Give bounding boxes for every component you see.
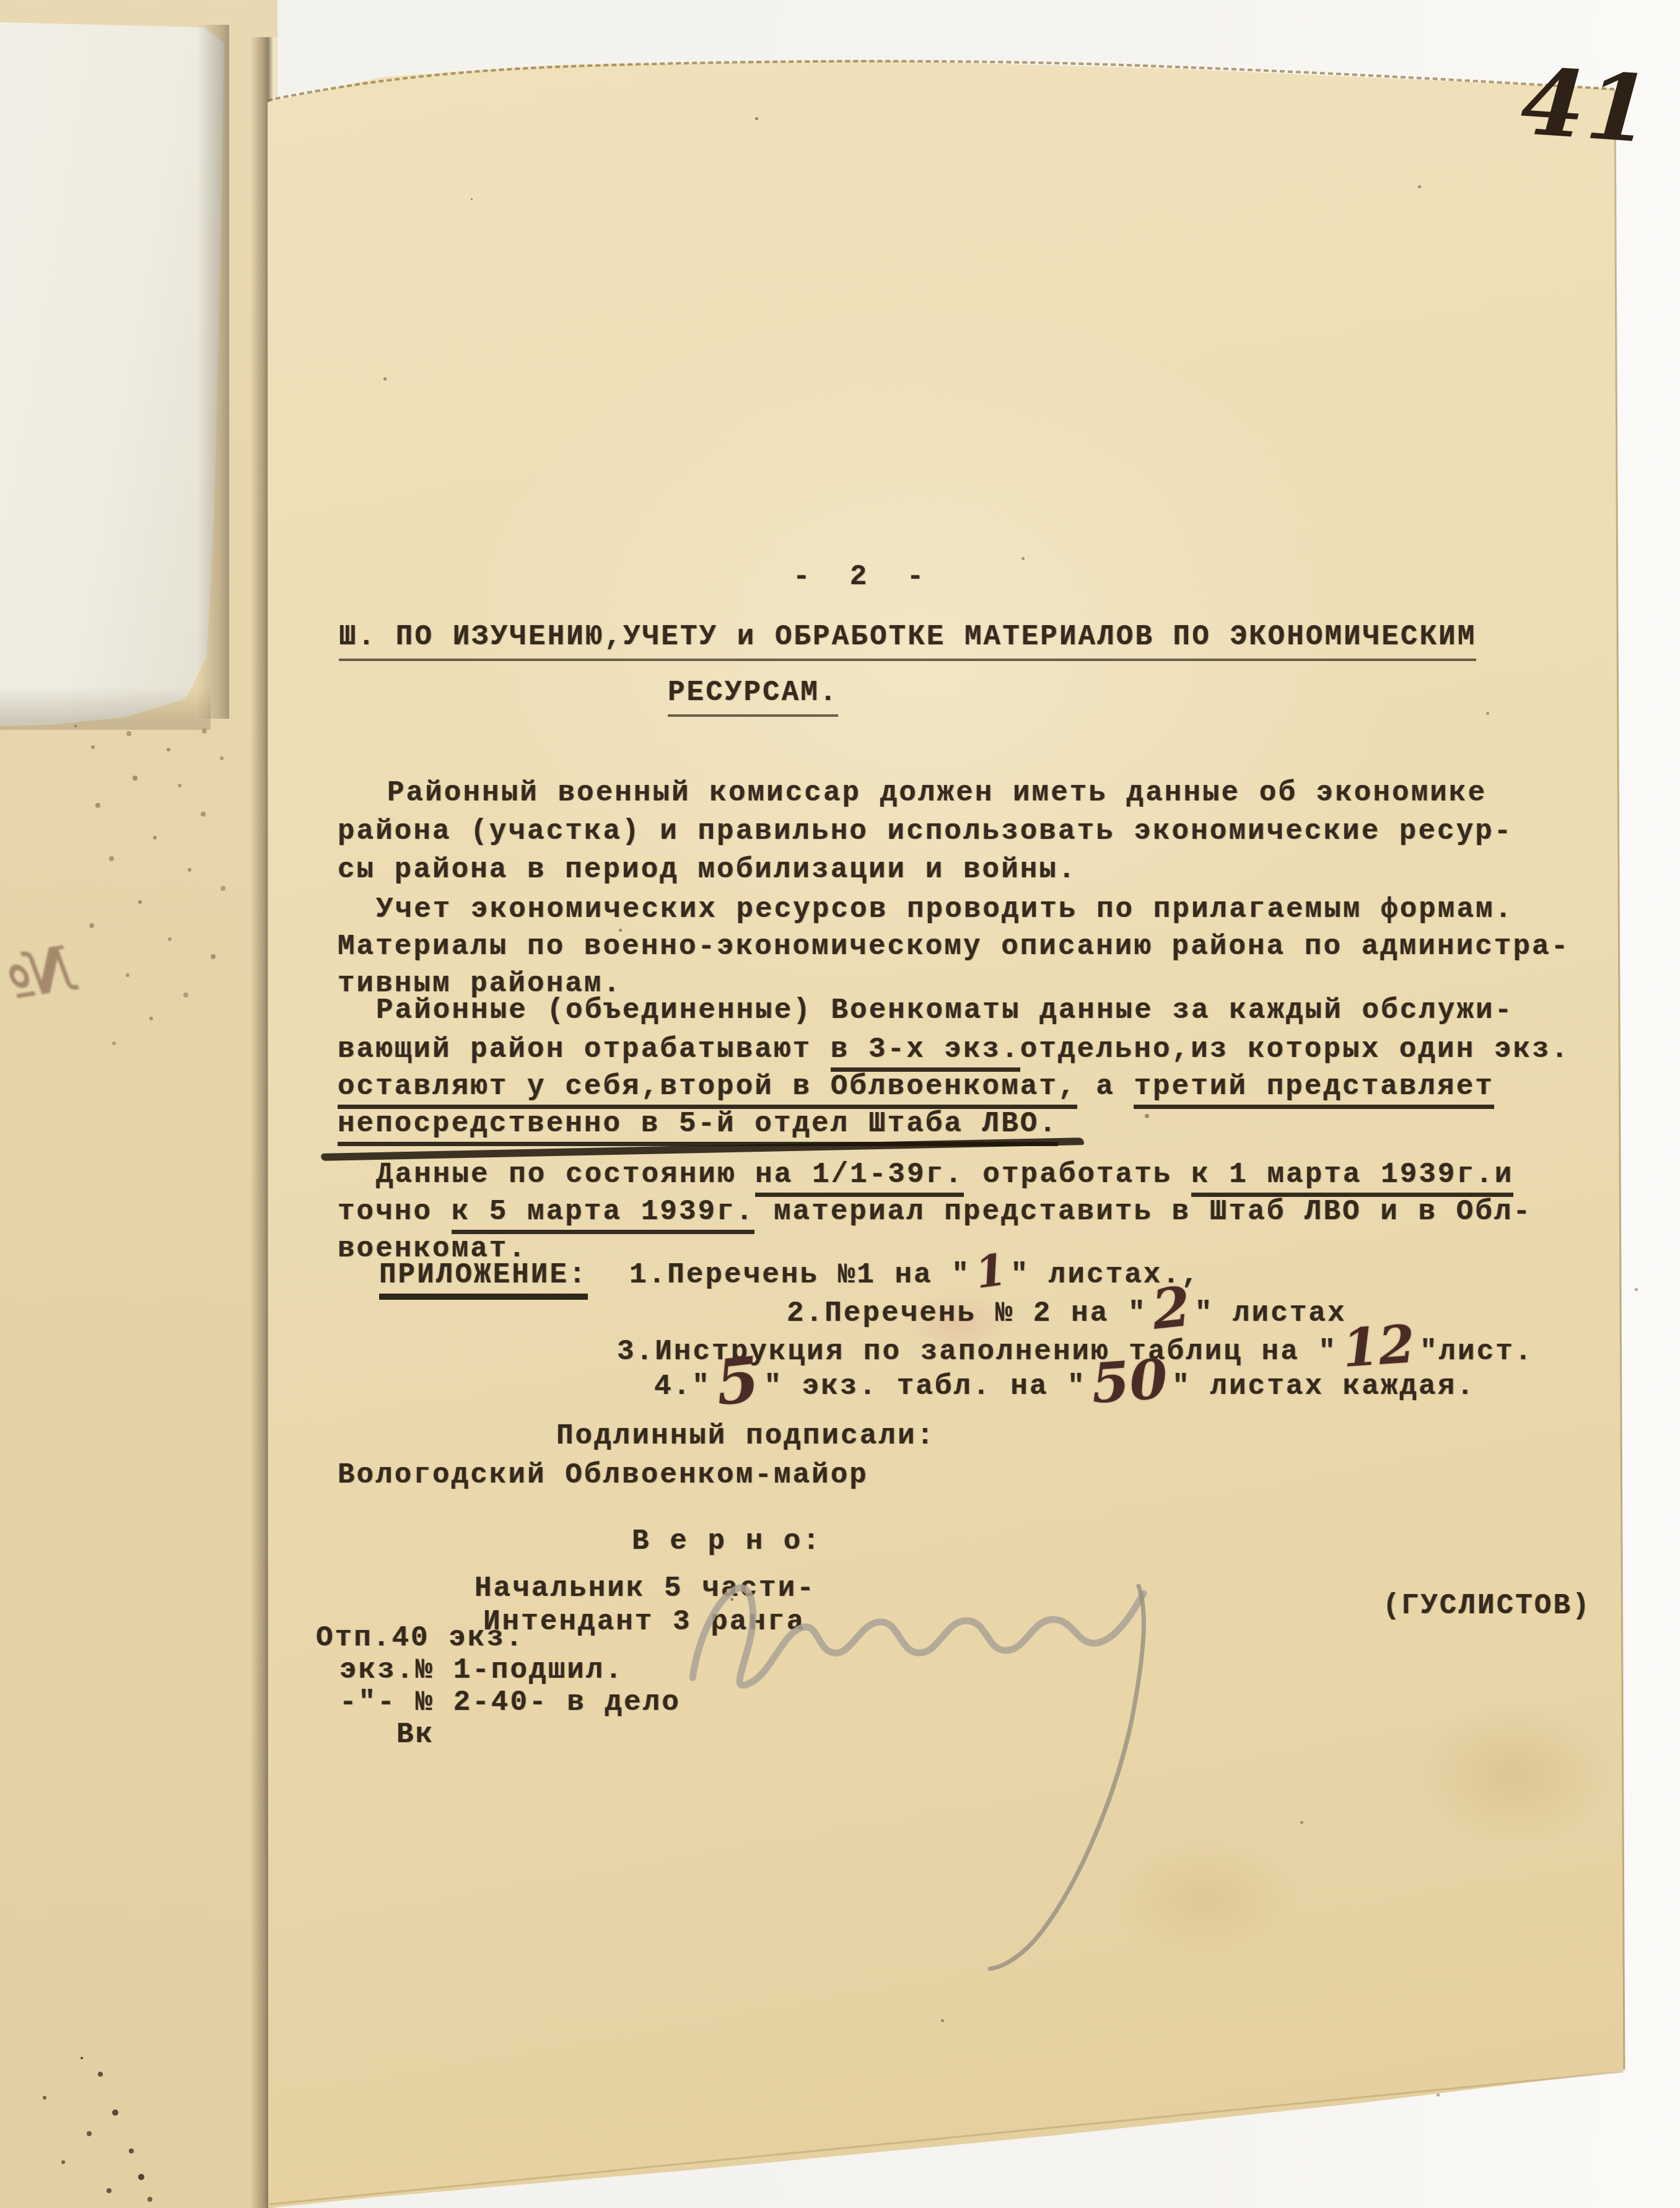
para3-line-3-seg: третий представляет [1134,1071,1494,1109]
para3-line-1-seg: Районные (объединенные) Военкоматы данны… [376,994,1513,1027]
attachment-item-4-seg: 50 [1092,1378,1167,1384]
verno-line: В е р н о: [632,1525,821,1558]
title-line-2-seg: РЕСУРСАМ. [668,677,838,717]
para3-line-2: вающий район отрабатывают в 3-х экз.отде… [338,1033,1570,1066]
para4-line-1: Данные по состоянию на 1/1-39г. отработа… [376,1159,1513,1191]
scanned-document-page: № 8 41 - 2 -Ш. ПО ИЗУЧЕНИЮ,УЧЕТУ и ОБРАБ… [0,0,1680,2208]
para4-line-2-seg: к 5 марта 1939г. [452,1196,755,1234]
para4-line-2: точно к 5 марта 1939г. материал представ… [338,1196,1532,1229]
attachment-item-4-seg: 5 [716,1378,759,1383]
attachment-item-1: 1.Перечень №1 на "1" листах., [629,1259,1201,1292]
attachments-label-seg: ПРИЛОЖЕНИЕ: [379,1259,588,1300]
copies-line-1-seg: Отп.40 экз. [316,1622,525,1654]
attachment-item-4: 4."5" экз. табл. на "50" листах каждая. [654,1370,1476,1403]
signed-original-line: Подлинный подписали: [556,1420,935,1453]
attachment-item-2: 2.Перечень № 2 на "2" листах [787,1297,1347,1330]
page-marker-seg: - 2 - [793,561,925,593]
copies-line-2-seg: экз.№ 1-подшил. [339,1654,624,1686]
para1-line-1-seg: Районный военный комиссар должен иметь д… [387,777,1487,809]
para2-line-2-seg: Материалы по военно-экономическому описа… [338,931,1570,963]
para4-line-2-seg: материал представить в Штаб ЛВО и в Обл- [755,1196,1532,1228]
attachment-item-4-seg: " листах каждая. [1172,1370,1476,1403]
copies-line-3: -"- № 2-40- в дело [339,1686,681,1719]
para1-line-2-seg: района (участка) и правильно использоват… [338,815,1513,848]
para3-line-2-seg: в 3-х экз. [831,1033,1020,1072]
attachments-label: ПРИЛОЖЕНИЕ: [379,1259,588,1292]
certifier-post-line-1-seg: Начальник 5 части- [475,1572,816,1605]
certifier-name-seg: (ГУСЛИСТОВ) [1383,1590,1591,1622]
attachment-item-2-seg: 2 [1152,1306,1190,1310]
copies-line-4-seg: Вк [396,1719,434,1751]
para3-line-2-seg: отдельно,из которых один экз. [1020,1033,1570,1066]
para3-line-3-seg: а [1077,1071,1134,1103]
copies-line-3-seg: -"- № 2-40- в дело [339,1686,681,1719]
certifier-name: (ГУСЛИСТОВ) [1383,1590,1591,1623]
attachment-item-3-seg: 12 [1342,1344,1415,1349]
para3-line-1: Районные (объединенные) Военкоматы данны… [376,994,1513,1027]
attachment-item-1-seg: 1.Перечень №1 на " [629,1259,971,1291]
attachment-item-4-seg: 4." [654,1370,711,1403]
para3-line-2-seg: вающий район отрабатывают [338,1033,831,1066]
attachment-item-1-seg: 1 [976,1269,1005,1274]
signer-title-line-seg: Вологодский Облвоенком-майор [338,1459,868,1491]
para4-line-1-seg: Данные по состоянию [376,1159,755,1191]
para2-line-1-seg: Учет экономических ресурсов проводить по… [376,893,1513,926]
attachment-item-2-seg: " листах [1195,1297,1347,1330]
certifier-post-line-2-seg: Интендант 3 ранга [483,1606,805,1638]
para3-line-3-seg: оставляют у себя,второй в Облвоенкомат, [338,1071,1077,1109]
para2-line-2: Материалы по военно-экономическому описа… [338,931,1570,963]
attachment-item-2-seg: 2.Перечень № 2 на " [787,1297,1147,1330]
para1-line-3-seg: сы района в период мобилизации и войны. [338,854,1077,886]
para4-line-2-seg: точно [338,1196,452,1228]
typed-text-layer: - 2 -Ш. ПО ИЗУЧЕНИЮ,УЧЕТУ и ОБРАБОТКЕ МА… [0,0,1680,2208]
certifier-post-line-2: Интендант 3 ранга [483,1606,805,1639]
title-line-2: РЕСУРСАМ. [668,677,838,709]
copies-line-4: Вк [396,1719,434,1751]
para1-line-2: района (участка) и правильно использоват… [338,815,1513,848]
para3-line-4: непосредственно в 5-й отдел Штаба ЛВО. [338,1108,1058,1141]
signed-original-line-seg: Подлинный подписали: [556,1420,935,1452]
para1-line-1: Районный военный комиссар должен иметь д… [387,777,1487,810]
verno-line-seg: В е р н о: [632,1525,821,1557]
signer-title-line: Вологодский Облвоенком-майор [338,1459,868,1492]
para4-line-1-seg: отработать [964,1159,1191,1191]
para4-line-1-seg: к 1 марта 1939г.и [1191,1159,1513,1197]
attachment-item-3-seg: "лист. [1420,1336,1534,1368]
certifier-post-line-1: Начальник 5 части- [475,1572,816,1605]
attachment-item-4-seg: " экз. табл. на " [764,1370,1086,1403]
page-marker: - 2 - [793,561,925,594]
copies-line-1: Отп.40 экз. [316,1622,525,1655]
para2-line-1: Учет экономических ресурсов проводить по… [376,893,1513,926]
copies-line-2: экз.№ 1-подшил. [339,1654,624,1687]
para1-line-3: сы района в период мобилизации и войны. [338,854,1077,887]
para4-line-1-seg: на 1/1-39г. [755,1159,964,1197]
para3-line-3: оставляют у себя,второй в Облвоенкомат, … [338,1071,1494,1103]
title-line-1-seg: Ш. ПО ИЗУЧЕНИЮ,УЧЕТУ и ОБРАБОТКЕ МАТЕРИА… [339,621,1476,661]
title-line-1: Ш. ПО ИЗУЧЕНИЮ,УЧЕТУ и ОБРАБОТКЕ МАТЕРИА… [339,621,1476,654]
